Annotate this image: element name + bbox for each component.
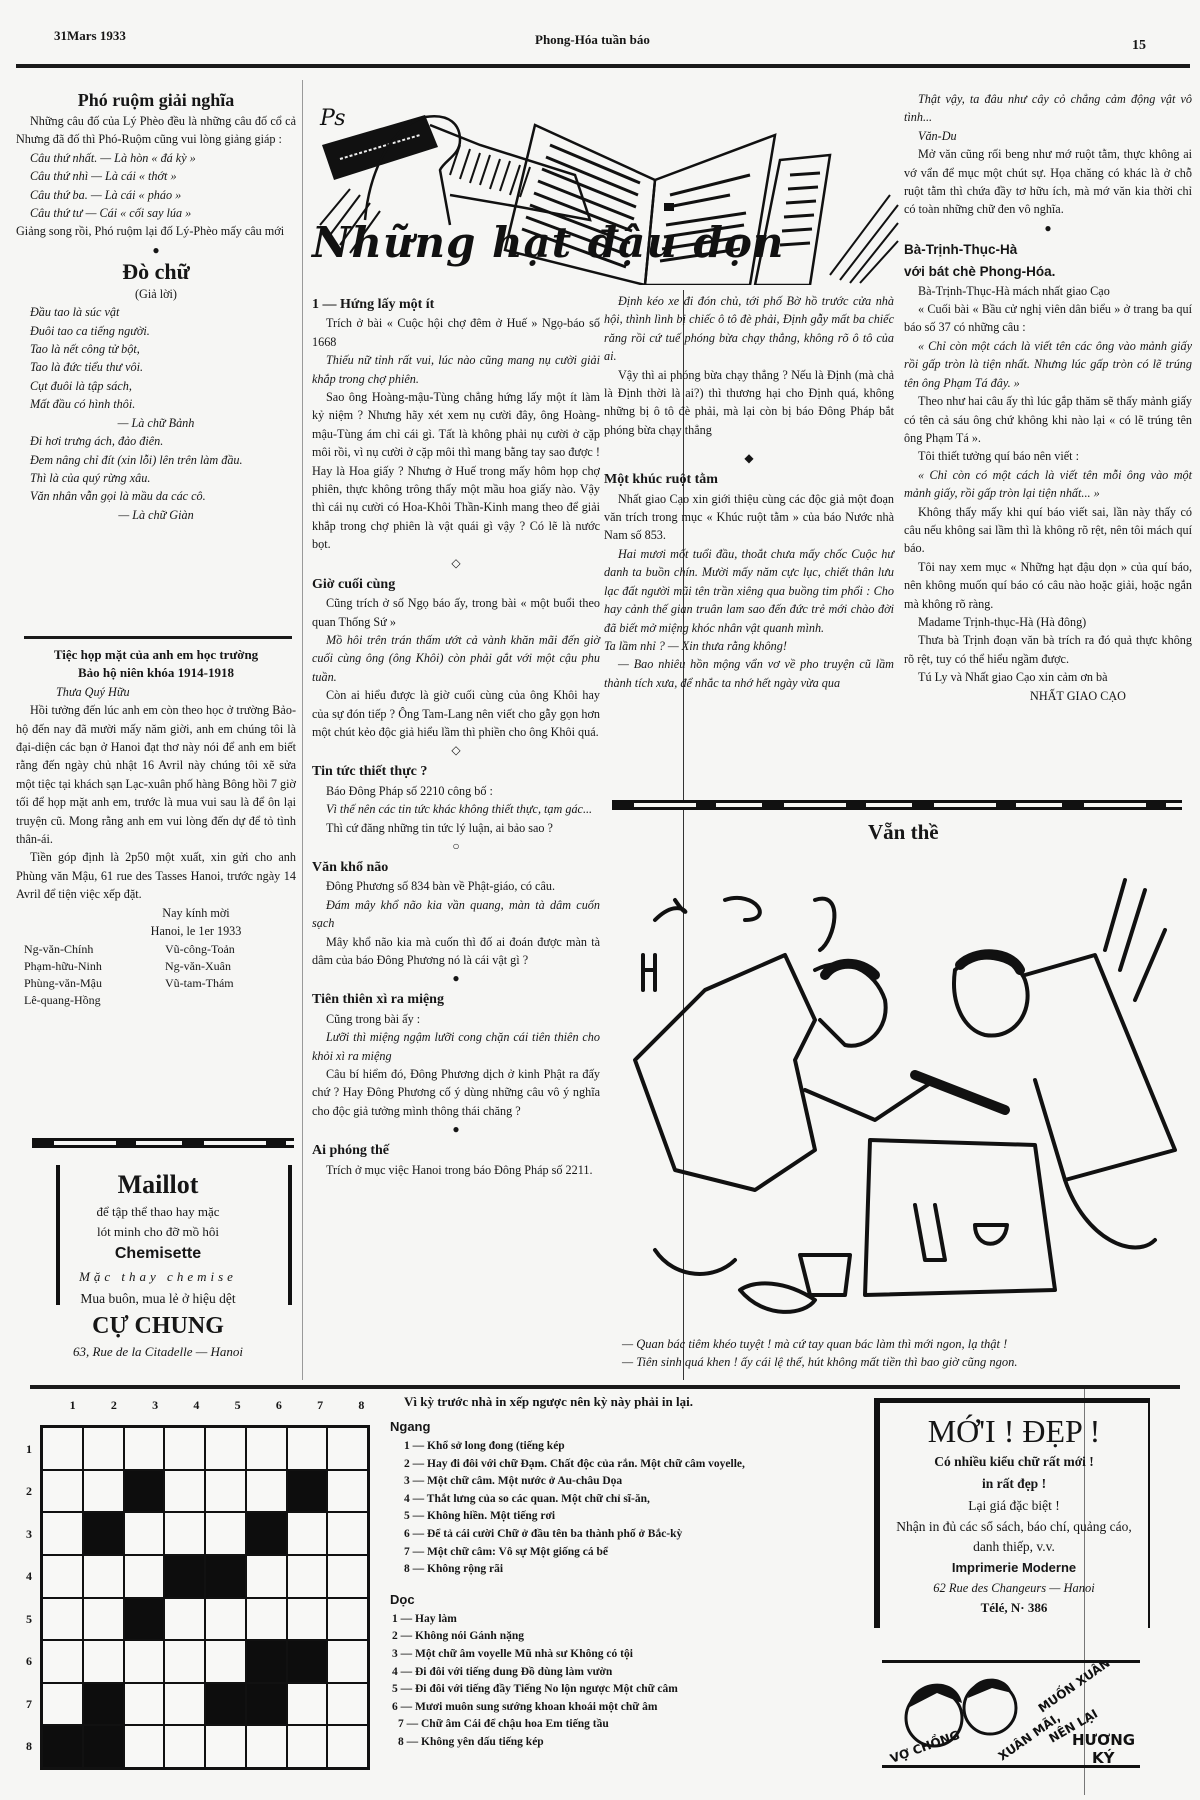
- crossword-cell[interactable]: [246, 1427, 287, 1470]
- maillot-ad: Maillot để tập thể thao hay mặc lót minh…: [20, 1168, 296, 1362]
- couple-faces-icon: VỢ CHỒNG XUÂN MÃI, MUỐN XUÂN NÊN LẠI HƯƠ…: [882, 1663, 1140, 1767]
- crossword-cell[interactable]: [124, 1683, 165, 1726]
- poem-2: Đi hơi trưng ách, đảo điên. Đem nâng chỉ…: [16, 432, 296, 506]
- section-title: Tiên thiên xì ra miệng: [312, 991, 600, 1009]
- crossword-cell[interactable]: [327, 1683, 368, 1726]
- crossword-cell[interactable]: [246, 1555, 287, 1598]
- crossword-cell[interactable]: [246, 1725, 287, 1768]
- crossword-cell[interactable]: [42, 1427, 83, 1470]
- svg-text:VỢ CHỒNG: VỢ CHỒNG: [887, 1725, 961, 1766]
- down-clue: 4 — Đi đôi với tiếng dung Đồ dùng làm vư…: [390, 1664, 870, 1682]
- signatory: Ng-văn-Chính: [24, 941, 155, 958]
- signatory: [165, 992, 296, 1009]
- ad-line: Nhận in đủ các sổ sách, báo chí, quảng c…: [880, 1517, 1148, 1557]
- crossword-black-cell: [83, 1725, 124, 1768]
- col-number: 8: [341, 1398, 382, 1418]
- section-source: Đông Phương số 834 bàn về Phật-giáo, có …: [312, 877, 600, 895]
- letter-para: Tôi nay xem mục « Những hạt đậu dọn » củ…: [904, 558, 1192, 613]
- crossword-black-cell: [42, 1725, 83, 1768]
- crossword-cell[interactable]: [287, 1427, 328, 1470]
- crossword-cell[interactable]: [42, 1598, 83, 1641]
- poem-line: Thì là của quý rừng xâu.: [16, 469, 296, 487]
- diamond-icon: ◇: [312, 741, 600, 759]
- poem-line: Đầu tao là súc vật: [16, 303, 296, 321]
- crossword-cell[interactable]: [83, 1598, 124, 1641]
- salutation: Thưa Quý Hữu: [16, 683, 296, 701]
- crossword-cell[interactable]: [164, 1598, 205, 1641]
- poem-1: Đầu tao là súc vật Đuôi tao ca tiếng ngư…: [16, 303, 296, 413]
- crossword-cell[interactable]: [287, 1598, 328, 1641]
- crossword-cell[interactable]: [164, 1725, 205, 1768]
- crossword-black-cell: [83, 1512, 124, 1555]
- answer-4: Câu thứ tư — Cái « cối say lúa »: [16, 204, 296, 222]
- ad-line: để tập thể thao hay mặc: [20, 1202, 296, 1222]
- ad-headline: MỚ'I ! ĐẸP !: [880, 1411, 1148, 1451]
- section-source: Trích ở bài « Cuộc hội chợ đêm ở Huế » N…: [312, 314, 600, 351]
- crossword-cell[interactable]: [42, 1555, 83, 1598]
- letter-para: « Chỉ còn một cách là viết tên các ông v…: [904, 337, 1192, 392]
- column-3: Định kéo xe đi đón chủ, tới phố Bờ hồ tr…: [604, 292, 894, 692]
- crossword-black-cell: [164, 1555, 205, 1598]
- section-quote: Ta lầm nhỉ ? — Xin thưa rằng không!: [604, 637, 894, 655]
- down-clue: 3 — Một chữ âm voyelle Mũ nhà sư Không c…: [390, 1646, 870, 1664]
- van-du-quote: Thật vậy, ta đâu như cây cỏ chẳng cảm độ…: [904, 90, 1192, 127]
- ad-tagline: Mặc thay chemise: [20, 1266, 296, 1288]
- answer-2: Câu thứ nhì — Là cái « thớt »: [16, 167, 296, 185]
- down-label: Dọc: [390, 1589, 870, 1611]
- poem-line: Văn nhân vẫn gọi là mầu da các cô.: [16, 487, 296, 505]
- diamond-icon: ◆: [604, 449, 894, 467]
- quote-author: Văn-Du: [904, 127, 1192, 145]
- signatory: Phùng-văn-Mậu: [24, 975, 155, 992]
- ba-trinh-title-1: Bà-Trịnh-Thục-Hà: [904, 241, 1192, 259]
- cartoon-illustration: [615, 860, 1190, 1320]
- reply-para: Thưa bà Trịnh đoạn văn bà trích ra đó qu…: [904, 631, 1192, 668]
- crossword-cell[interactable]: [164, 1427, 205, 1470]
- crossword-cell[interactable]: [83, 1555, 124, 1598]
- crossword-grid: [40, 1425, 370, 1770]
- crossword-cell[interactable]: [205, 1427, 246, 1470]
- byline: NHẤT GIAO CẠO: [904, 687, 1192, 705]
- ad-address: 63, Rue de la Citadelle — Hanoi: [20, 1342, 296, 1362]
- crossword-column-numbers: 1 2 3 4 5 6 7 8: [52, 1398, 382, 1418]
- dot-icon: ●: [312, 1120, 600, 1138]
- crossword-cell[interactable]: [124, 1640, 165, 1683]
- col-number: 4: [176, 1398, 217, 1418]
- across-clue: 1 — Khổ sở long đong (tiếng kép: [390, 1438, 870, 1456]
- crossword-black-cell: [287, 1640, 328, 1683]
- down-clue: 6 — Mươi muôn sung sướng khoan khoái một…: [390, 1699, 870, 1717]
- signatory: Lê-quang-Hồng: [24, 992, 155, 1009]
- crossword-cell[interactable]: [327, 1640, 368, 1683]
- poem-line: Tao là nết công tử bột,: [16, 340, 296, 358]
- answer-3: Câu thứ ba. — Là cái « pháo »: [16, 186, 296, 204]
- section-source: Cũng trích ở số Ngọ báo ấy, trong bài « …: [312, 594, 600, 631]
- crossword-note: Vì kỳ trước nhà in xếp ngược nên kỳ này …: [390, 1392, 870, 1412]
- crossword-cell[interactable]: [164, 1512, 205, 1555]
- crossword-cell[interactable]: [42, 1683, 83, 1726]
- letter-signature: Madame Trịnh-thục-Hà (Hà đông): [904, 613, 1192, 631]
- poem-line: Đi hơi trưng ách, đảo điên.: [16, 432, 296, 450]
- section-body: Sao ông Hoàng-mậu-Tùng chẳng hứng lấy mộ…: [312, 388, 600, 554]
- section-quote: Mồ hôi trên trán thấm ướt cả vành khăn m…: [312, 631, 600, 686]
- across-clue: 8 — Không rộng rãi: [390, 1561, 870, 1579]
- across-label: Ngang: [390, 1416, 870, 1438]
- col-number: 1: [52, 1398, 93, 1418]
- column-4: Thật vậy, ta đâu như cây cỏ chẳng cảm độ…: [904, 90, 1192, 705]
- section-body: Thì cứ đăng những tin tức lý luận, ai bả…: [312, 819, 600, 837]
- signatories: Ng-văn-Chính Vũ-công-Toản Phạm-hữu-Ninh …: [16, 941, 296, 1009]
- answer-1: Câu thứ nhất. — Là hòn « đá kỳ »: [16, 149, 296, 167]
- section-title: Một khúc ruột tằm: [604, 471, 894, 489]
- do-chu-subtitle: (Giả lời): [16, 285, 296, 303]
- thanks-para: Tú Ly và Nhất giao Cạo xin cảm ơn bà: [904, 668, 1192, 686]
- ad-phone: Télé, N· 386: [880, 1597, 1148, 1619]
- ad-line: Có nhiều kiểu chữ rất mới !: [880, 1451, 1148, 1473]
- letter-para: Tôi thiết tưởng quí báo nên viết :: [904, 447, 1192, 465]
- crossword-black-cell: [124, 1598, 165, 1641]
- svg-text:Ps: Ps: [319, 106, 346, 131]
- across-clue: 5 — Không hiền. Một tiếng rơi: [390, 1508, 870, 1526]
- section-title: 1 — Hứng lấy một ít: [312, 296, 600, 314]
- section-rule: [32, 1138, 294, 1148]
- tiec-hop-title-1: Tiệc họp mặt của anh em học trường: [16, 646, 296, 664]
- crossword-black-cell: [124, 1470, 165, 1513]
- tiec-hop-para-2: Tiền góp định là 2p50 một xuất, xin gửi …: [16, 848, 296, 903]
- svg-text:HƯƠNG: HƯƠNG: [1072, 1731, 1135, 1749]
- answer-banh: — Là chữ Bảnh: [16, 414, 296, 432]
- section-body: Mở văn cũng rối beng như mớ ruột tằm, th…: [904, 145, 1192, 219]
- crossword-cell[interactable]: [327, 1725, 368, 1768]
- section-intro: Nhất giao Cạo xin giới thiệu cùng các độ…: [604, 490, 894, 545]
- crossword-cell[interactable]: [246, 1598, 287, 1641]
- section-source: Cũng trong bài ấy :: [312, 1010, 600, 1028]
- separator-icon: ●: [16, 241, 296, 259]
- crossword-cell[interactable]: [164, 1683, 205, 1726]
- crossword-cell[interactable]: [287, 1555, 328, 1598]
- letter-para: « Cuối bài « Bầu cử nghị viên dân biểu »…: [904, 300, 1192, 337]
- crossword-cell[interactable]: [124, 1725, 165, 1768]
- crossword-cell[interactable]: [327, 1598, 368, 1641]
- crossword-cell[interactable]: [287, 1725, 328, 1768]
- section-title: Văn khổ não: [312, 859, 600, 877]
- diamond-icon: ◇: [312, 554, 600, 572]
- banner-title: Những hạt đậu dọn: [312, 218, 784, 267]
- crossword-cell[interactable]: [205, 1725, 246, 1768]
- across-clue: 4 — Thắt lưng của so các quan. Một chữ c…: [390, 1491, 870, 1509]
- crossword-black-cell: [83, 1683, 124, 1726]
- across-clue: 6 — Để tả cái cười Chữ ở đầu tên ba thàn…: [390, 1526, 870, 1544]
- crossword-cell[interactable]: [42, 1470, 83, 1513]
- crossword-cell[interactable]: [83, 1470, 124, 1513]
- ai-phong-the-body: Vậy thì ai phóng bừa chạy thẳng ? Nếu là…: [604, 366, 894, 440]
- section-quote: — Bao nhiêu hồn mộng vẩn vơ về pho truyệ…: [604, 655, 894, 692]
- pho-ruom-title: Phó ruộm giải nghĩa: [16, 88, 296, 112]
- column-2: 1 — Hứng lấy một ít Trích ở bài « Cuộc h…: [312, 292, 600, 1179]
- ad-company: Imprimerie Moderne: [880, 1557, 1148, 1579]
- crossword-cell[interactable]: [327, 1470, 368, 1513]
- crossword-cell[interactable]: [124, 1555, 165, 1598]
- signatory: Vũ-tam-Thám: [165, 975, 296, 992]
- ba-trinh-title-2: với bát chè Phong-Hóa.: [904, 263, 1192, 281]
- letter-para: Không thấy mấy khi quí báo viết sai, lần…: [904, 503, 1192, 558]
- ad-address: 62 Rue des Changeurs — Hanoi: [880, 1579, 1148, 1597]
- crossword-black-cell: [246, 1512, 287, 1555]
- section-body: Còn ai hiểu được là giờ cuối cùng của ôn…: [312, 686, 600, 741]
- letter-para: « Chỉ còn có một cách là viết tên mỗi ôn…: [904, 466, 1192, 503]
- crossword-cell[interactable]: [124, 1427, 165, 1470]
- section-rule: [30, 1385, 1180, 1389]
- crossword-cell[interactable]: [327, 1512, 368, 1555]
- signatory: Phạm-hữu-Ninh: [24, 958, 155, 975]
- col-number: 2: [93, 1398, 134, 1418]
- cartoon-caption-1: — Quan bác tiêm khéo tuyệt ! mà cứ tay q…: [622, 1336, 1192, 1352]
- answer-gian: — Là chữ Giàn: [16, 506, 296, 524]
- crossword-cell[interactable]: [287, 1683, 328, 1726]
- signatory: Ng-văn-Xuân: [165, 958, 296, 975]
- ad-line: in rất đẹp !: [880, 1473, 1148, 1495]
- poem-line: Đem nâng chỉ đít (xin lỗi) lên trên làm …: [16, 451, 296, 469]
- down-clue: 7 — Chữ âm Cái để chậu hoa Em tiếng tầu: [390, 1716, 870, 1734]
- crossword-cell[interactable]: [205, 1512, 246, 1555]
- down-clue: 2 — Không nói Gánh nặng: [390, 1628, 870, 1646]
- col-number: 5: [217, 1398, 258, 1418]
- down-clue: 1 — Hay làm: [390, 1611, 870, 1629]
- crossword-clues: Vì kỳ trước nhà in xếp ngược nên kỳ này …: [390, 1392, 870, 1752]
- section-source: Báo Đông Pháp số 2210 công bố :: [312, 782, 600, 800]
- down-clue: 8 — Không yên dấu tiếng kép: [390, 1734, 870, 1752]
- col-number: 6: [258, 1398, 299, 1418]
- ad-shop-line: Mua buôn, mua lẻ ở hiệu dệt: [20, 1288, 296, 1310]
- masthead-rule: [16, 64, 1190, 68]
- paper-title: Phong-Hóa tuần báo: [535, 32, 650, 48]
- ai-phong-the-quote: Định kéo xe đi đón chủ, tới phố Bờ hồ tr…: [604, 292, 894, 366]
- crossword-cell[interactable]: [246, 1470, 287, 1513]
- section-rule: [612, 800, 1182, 810]
- ad-product: Chemisette: [20, 1242, 296, 1266]
- closing: Nay kính mời: [16, 904, 296, 922]
- section-quote: Thiếu nữ tỉnh rất vui, lúc nào cũng mang…: [312, 351, 600, 388]
- crossword-cell[interactable]: [205, 1640, 246, 1683]
- crossword-cell[interactable]: [327, 1555, 368, 1598]
- do-chu-title: Đò chữ: [16, 259, 296, 285]
- crossword-cell[interactable]: [164, 1470, 205, 1513]
- poem-line: Đuôi tao ca tiếng người.: [16, 322, 296, 340]
- pho-ruom-outro: Giảng song rồi, Phó ruộm lại đố Lý-Phèo …: [16, 222, 296, 240]
- tiec-hop-article: Tiệc họp mặt của anh em học trường Bảo h…: [16, 646, 296, 1009]
- opium-smokers-cartoon-icon: [615, 860, 1190, 1320]
- crossword-cell[interactable]: [124, 1512, 165, 1555]
- crossword-cell[interactable]: [287, 1512, 328, 1555]
- svg-text:MUỐN XUÂN: MUỐN XUÂN: [1034, 1663, 1113, 1715]
- across-clue: 2 — Hay đi đôi với chữ Đạm. Chất độc của…: [390, 1456, 870, 1474]
- tiec-hop-para-1: Hồi tưởng đến lúc anh em còn theo học ở …: [16, 701, 296, 848]
- section-title: Giờ cuối cùng: [312, 576, 600, 594]
- ad-shop-name: CỰ CHUNG: [20, 1310, 296, 1342]
- poem-line: Mất đầu có hình thôi.: [16, 395, 296, 413]
- crossword-cell[interactable]: [205, 1470, 246, 1513]
- ad-line: lót minh cho đỡ mồ hôi: [20, 1222, 296, 1242]
- across-clue: 7 — Một chữ câm: Vô sự Một giống cá bể: [390, 1544, 870, 1562]
- ad-title: Maillot: [20, 1168, 296, 1202]
- across-clue: 3 — Một chữ câm. Một nước ở Au-châu Dọa: [390, 1473, 870, 1491]
- page-number: 15: [1132, 38, 1146, 54]
- cartoon-title: Vẵn thề: [868, 820, 939, 845]
- crossword-cell[interactable]: [205, 1598, 246, 1641]
- huong-ky-ad: VỢ CHỒNG XUÂN MÃI, MUỐN XUÂN NÊN LẠI HƯƠ…: [882, 1660, 1140, 1768]
- down-clue: 5 — Đi đôi với tiếng đầy Tiếng No lộn ng…: [390, 1681, 870, 1699]
- section-body: Mây khổ não kia mà cuốn thì đố ai đoán đ…: [312, 933, 600, 970]
- ad-line: Lại giá đặc biệt !: [880, 1495, 1148, 1517]
- section-rule: [24, 636, 292, 639]
- section-quote: Vì thế nên các tin tức khác không thiết …: [312, 800, 600, 818]
- crossword-cell[interactable]: [83, 1427, 124, 1470]
- poem-line: Cụt đuôi là tập sách,: [16, 377, 296, 395]
- cartoon-caption-2: — Tiên sinh quá khen ! ấy cái lệ thế, hú…: [622, 1354, 1192, 1370]
- section-quote: Đám mây khổ não kia vần quang, màn tà dâ…: [312, 896, 600, 933]
- column-divider: [302, 80, 303, 1380]
- poem-line: Tao là đức tiểu thư vôi.: [16, 358, 296, 376]
- crossword-cell[interactable]: [83, 1640, 124, 1683]
- section-title: Tin tức thiết thực ?: [312, 763, 600, 781]
- tiec-hop-title-2: Bảo hộ niên khóa 1914-1918: [16, 664, 296, 682]
- section-quote: Hai mươi mốt tuổi đầu, thoắt chưa mấy ch…: [604, 545, 894, 637]
- crossword-cell[interactable]: [164, 1640, 205, 1683]
- crossword-black-cell: [205, 1683, 246, 1726]
- section-title: Ai phóng thế: [312, 1142, 600, 1160]
- crossword-black-cell: [246, 1683, 287, 1726]
- crossword-black-cell: [287, 1470, 328, 1513]
- place-date: Hanoi, le 1er 1933: [16, 922, 296, 940]
- crossword-cell[interactable]: [42, 1640, 83, 1683]
- section-body: Câu bí hiểm đó, Đông Phương dịch ở kinh …: [312, 1065, 600, 1120]
- signatory: Vũ-công-Toản: [165, 941, 296, 958]
- section-source: Trích ở mục việc Hanoi trong báo Đông Ph…: [312, 1161, 600, 1179]
- crossword-cell[interactable]: [42, 1512, 83, 1555]
- imprimerie-ad: MỚ'I ! ĐẸP ! Có nhiều kiểu chữ rất mới !…: [874, 1398, 1150, 1628]
- col-number: 7: [300, 1398, 341, 1418]
- svg-text:KÝ: KÝ: [1092, 1748, 1116, 1767]
- pho-ruom-intro: Những câu đố của Lý Phèo đều là những câ…: [16, 112, 296, 149]
- dot-icon: ●: [312, 969, 600, 987]
- column-1: Phó ruộm giải nghĩa Những câu đố của Lý …: [16, 88, 296, 524]
- crossword-black-cell: [205, 1555, 246, 1598]
- section-quote: Lưỡi thì miệng ngậm lưỡi cong chặn cái t…: [312, 1028, 600, 1065]
- circle-icon: ○: [312, 837, 600, 855]
- dot-icon: ●: [904, 219, 1192, 237]
- letter-para: Theo như hai câu ấy thì lúc gắp thăm sẽ …: [904, 392, 1192, 447]
- letter-para: Bà-Trịnh-Thục-Hà mách nhất giao Cạo: [904, 282, 1192, 300]
- col-number: 3: [135, 1398, 176, 1418]
- crossword-black-cell: [246, 1640, 287, 1683]
- issue-date: 31Mars 1933: [54, 28, 126, 44]
- crossword-cell[interactable]: [327, 1427, 368, 1470]
